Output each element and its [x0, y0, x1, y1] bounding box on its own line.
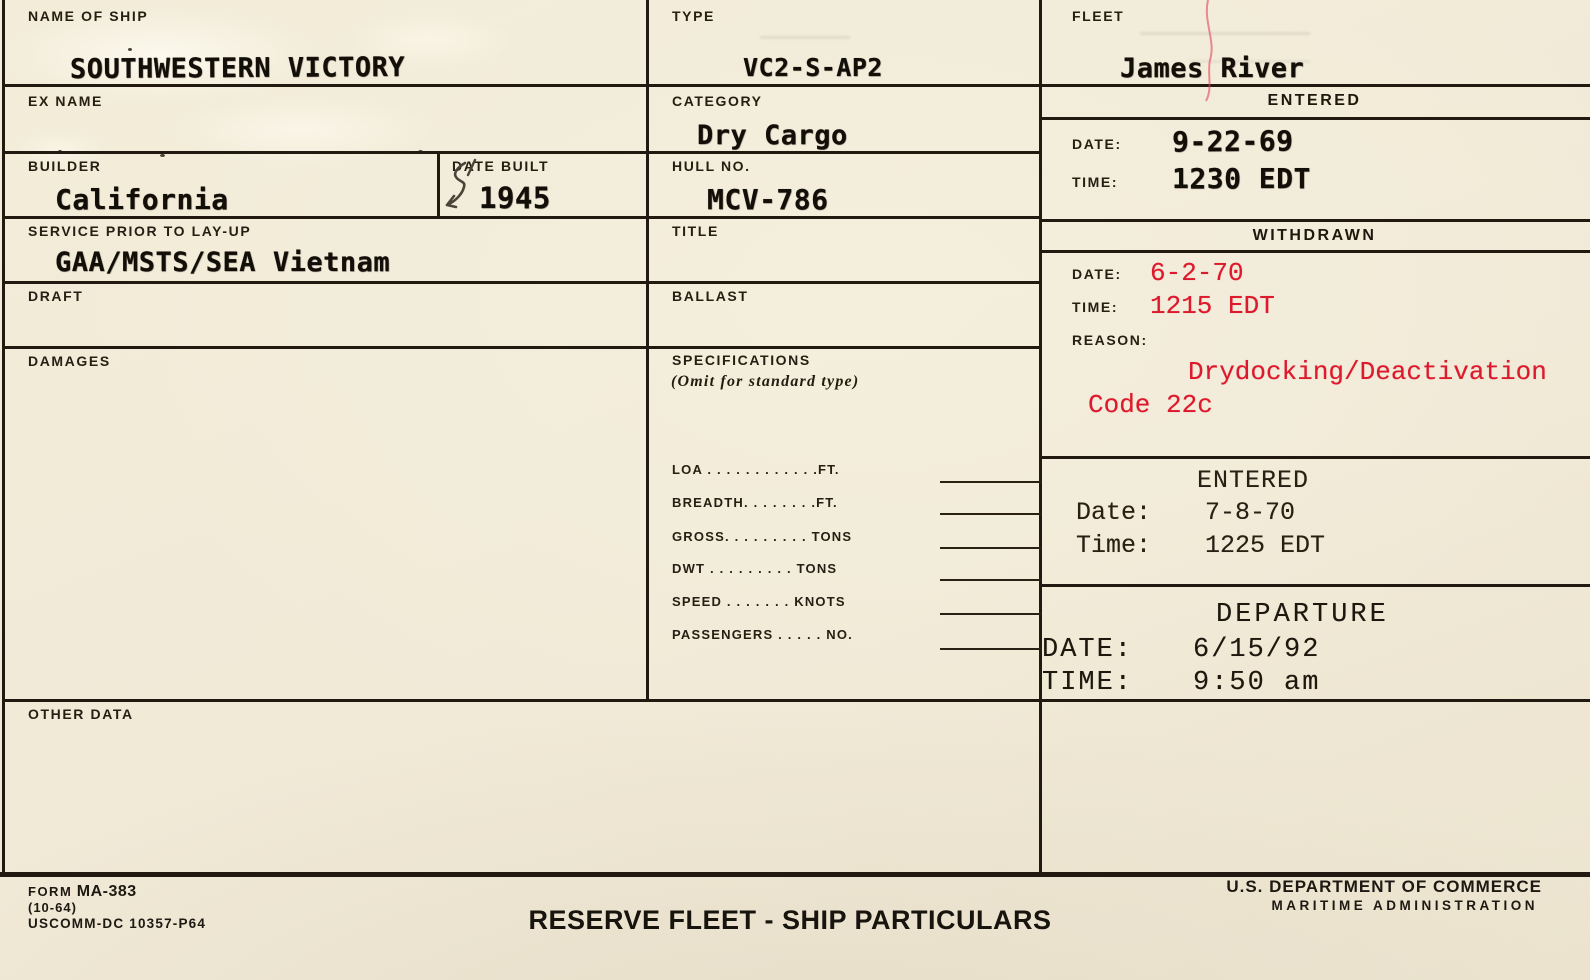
spec-loa-blank [940, 481, 1042, 483]
spec-loa-label: LOA . . . . . . . . . . . .FT. [672, 462, 840, 477]
withdrawn-date-label: DATE: [1072, 266, 1122, 282]
title-label: TITLE [672, 223, 719, 239]
paper-damage-speck [128, 48, 132, 51]
draft-label: DRAFT [28, 288, 83, 304]
departure-date-label: DATE: [1042, 635, 1133, 665]
reentered-header: ENTERED [1197, 466, 1309, 495]
reentered-date-value: 7-8-70 [1205, 498, 1295, 527]
specifications-label: SPECIFICATIONS [672, 352, 811, 368]
reentered-time-value: 1225 EDT [1205, 531, 1325, 560]
spec-dwt-blank [940, 579, 1042, 581]
rule [2, 699, 1590, 702]
spec-speed-blank [940, 613, 1042, 615]
entered-date-value: 9-22-69 [1172, 124, 1294, 158]
rule [2, 281, 1042, 284]
spec-dwt-label: DWT . . . . . . . . . TONS [672, 561, 837, 576]
departure-date-value: 6/15/92 [1193, 635, 1320, 665]
entered-date-label: DATE: [1072, 136, 1122, 152]
spec-gross-blank [940, 547, 1042, 549]
category-value: Dry Cargo [697, 120, 848, 151]
card-title: RESERVE FLEET - SHIP PARTICULARS [395, 905, 1185, 936]
print-code: USCOMM-DC 10357-P64 [28, 916, 206, 931]
rule [2, 216, 1042, 219]
hull-no-value: MCV-786 [707, 183, 829, 216]
form-number: MA-383 [77, 883, 137, 900]
type-label: TYPE [672, 8, 715, 24]
spec-breadth-blank [940, 513, 1042, 515]
handwritten-mark [438, 156, 486, 220]
rule [2, 346, 1042, 349]
red-pen-scratch [1168, 0, 1248, 102]
departure-time-label: TIME: [1042, 668, 1133, 698]
spec-speed-label: SPEED . . . . . . . KNOTS [672, 594, 846, 609]
rule [2, 151, 1042, 154]
spec-breadth-label: BREADTH. . . . . . . .FT. [672, 495, 838, 510]
ship-particulars-card: NAME OF SHIP SOUTHWESTERN VICTORY EX NAM… [0, 0, 1590, 980]
agency-block: U.S. DEPARTMENT OF COMMERCE MARITIME ADM… [1150, 877, 1542, 913]
damages-label: DAMAGES [28, 353, 111, 369]
withdrawn-reason-label: REASON: [1072, 332, 1148, 348]
ex-name-label: EX NAME [28, 93, 103, 109]
column-divider-left-middle [646, 0, 649, 701]
specifications-note: (Omit for standard type) [671, 373, 859, 391]
service-prior-value: GAA/MSTS/SEA Vietnam [55, 247, 390, 278]
withdrawn-date-value: 6-2-70 [1150, 258, 1244, 288]
rule [2, 84, 1590, 87]
rule [1039, 117, 1590, 120]
spec-gross-label: GROSS. . . . . . . . . TONS [672, 529, 852, 544]
type-value: VC2-S-AP2 [743, 53, 883, 82]
agency-name: U.S. DEPARTMENT OF COMMERCE [1150, 877, 1542, 897]
column-divider-middle-right [1039, 0, 1042, 874]
fleet-label: FLEET [1072, 8, 1124, 24]
paper-damage-speck [160, 154, 165, 157]
rule [1039, 250, 1590, 253]
builder-value: California [55, 183, 229, 216]
departure-time-value: 9:50 am [1193, 668, 1320, 698]
card-left-border [2, 0, 5, 873]
name-of-ship-label: NAME OF SHIP [28, 8, 148, 24]
form-prefix: FORM [28, 884, 72, 899]
ballast-label: BALLAST [672, 288, 749, 304]
withdrawn-time-value: 1215 EDT [1150, 291, 1275, 321]
spec-passengers-blank [940, 648, 1042, 650]
form-date: (10-64) [28, 900, 77, 915]
withdrawn-header: WITHDRAWN [1039, 227, 1590, 245]
rule [1039, 584, 1590, 587]
form-number-line: FORM MA-383 [28, 883, 137, 901]
hull-no-label: HULL NO. [672, 158, 751, 174]
withdrawn-reason-line2: Code 22c [1088, 390, 1213, 420]
service-prior-label: SERVICE PRIOR TO LAY-UP [28, 223, 251, 239]
date-built-value: 1945 [479, 181, 551, 215]
pencil-smudge [760, 36, 850, 39]
other-data-label: OTHER DATA [28, 706, 134, 722]
builder-label: BUILDER [28, 158, 101, 174]
name-of-ship-value: SOUTHWESTERN VICTORY [70, 52, 405, 85]
agency-subname: MARITIME ADMINISTRATION [1150, 898, 1538, 913]
category-label: CATEGORY [672, 93, 763, 109]
departure-header: DEPARTURE [1216, 600, 1389, 630]
entered-header: ENTERED [1039, 92, 1590, 110]
entered-time-label: TIME: [1072, 174, 1118, 190]
reentered-date-label: Date: [1076, 498, 1151, 527]
withdrawn-reason-line1: Drydocking/Deactivation [1188, 357, 1547, 387]
withdrawn-time-label: TIME: [1072, 299, 1118, 315]
spec-passengers-label: PASSENGERS . . . . . NO. [672, 627, 853, 642]
entered-time-value: 1230 EDT [1172, 162, 1311, 195]
reentered-time-label: Time: [1076, 531, 1151, 560]
rule [1039, 456, 1590, 459]
rule [1039, 219, 1590, 222]
